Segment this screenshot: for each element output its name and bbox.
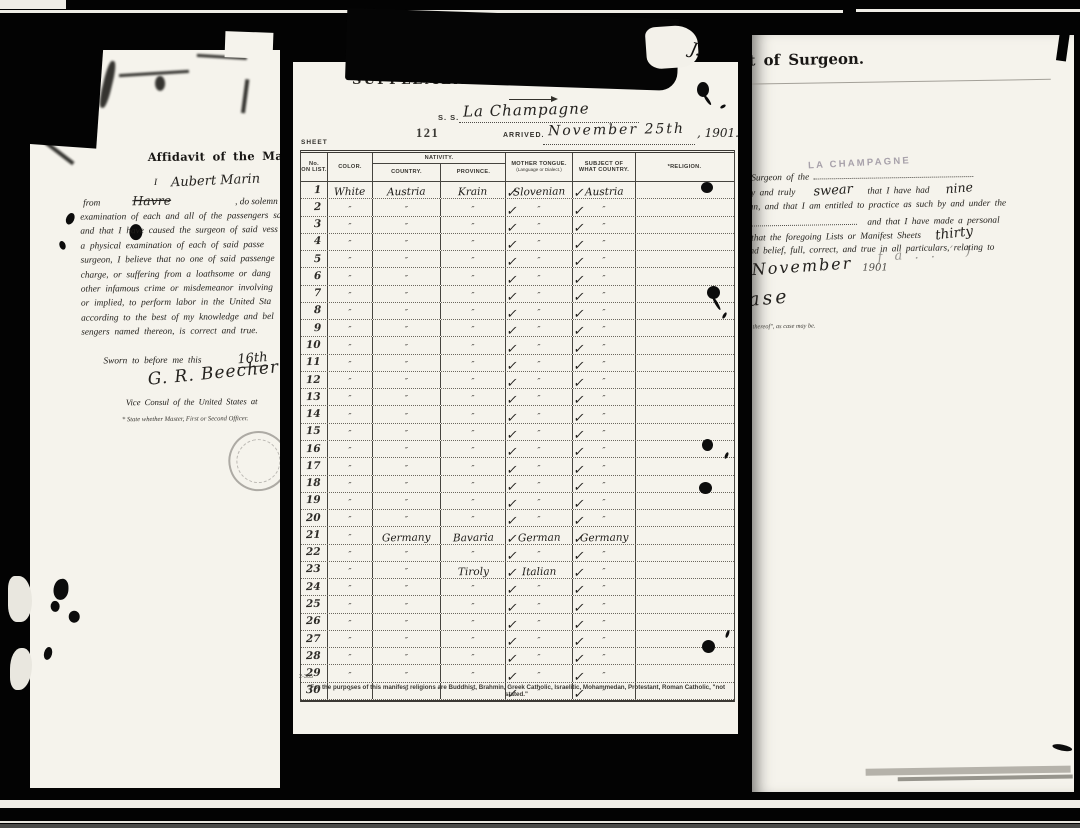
- cell-value: ″: [537, 516, 540, 525]
- manifest-row: 28″″″✓″✓″: [301, 648, 734, 665]
- cell-religion: [636, 182, 733, 198]
- cell-mother-tongue: ✓″: [506, 648, 573, 664]
- partial-word-handwriting: ase: [752, 286, 790, 311]
- cell-value: ″: [602, 568, 605, 577]
- cell-province: ″: [441, 199, 506, 215]
- cell-subject-country: ✓″: [573, 665, 636, 681]
- check-mark: ✓: [506, 464, 519, 475]
- cell-subject-country: ✓″: [573, 234, 636, 250]
- cell-subject-country: ✓″: [573, 199, 636, 215]
- cell-country: ″: [373, 303, 441, 319]
- cell-subject-country: ✓″: [573, 320, 636, 336]
- cell-subject-country: ✓″: [573, 510, 636, 526]
- cell-row-number: 26: [301, 614, 328, 630]
- check-mark: ✓: [573, 602, 586, 613]
- crease-mark: [241, 79, 249, 113]
- manifest-row: 13″″″✓″✓″: [301, 389, 734, 406]
- manifest-row: 21″GermanyBavaria✓German✓Germany: [301, 527, 734, 544]
- check-mark: ✓: [506, 619, 519, 630]
- cell-value: ″: [537, 585, 540, 594]
- check-mark: ✓: [506, 205, 519, 216]
- cell-value: ″: [348, 292, 351, 301]
- cell-value: ″: [348, 240, 351, 249]
- header-mother-tongue: MOTHER TONGUE. (Language or Dialect.): [506, 153, 573, 181]
- cell-subject-country: ✓″: [573, 648, 636, 664]
- cell-value: ″: [602, 516, 605, 525]
- scan-artifact-top-corner: [0, 0, 66, 9]
- header-no: No. ON LIST.: [301, 153, 328, 181]
- cell-row-number: 22: [301, 545, 328, 561]
- manifest-row: 26″″″✓″✓″: [301, 614, 734, 631]
- check-mark: ✓: [573, 412, 586, 423]
- cell-value: ″: [405, 257, 408, 266]
- cell-value: ″: [537, 620, 540, 629]
- cell-row-number: 11: [301, 355, 328, 371]
- check-mark: ✓: [506, 274, 519, 285]
- manifest-table-header: No. ON LIST. COLOR. NATIVITY. COUNTRY. P…: [301, 150, 734, 182]
- cell-value: ″: [405, 309, 408, 318]
- cell-province: ″: [441, 372, 506, 388]
- cell-province: Bavaria: [441, 527, 506, 543]
- cell-province: Tiroly: [441, 562, 506, 578]
- cell-value: ″: [537, 430, 540, 439]
- check-mark: ✓: [573, 394, 586, 405]
- cell-value: ″: [471, 516, 474, 525]
- cell-religion: [636, 251, 733, 267]
- check-mark: ✓: [573, 377, 586, 388]
- cell-value: 14: [306, 409, 321, 419]
- cell-province: ″: [441, 320, 506, 336]
- cell-subject-country: ✓″: [573, 406, 636, 422]
- cell-religion: [636, 665, 733, 681]
- affidavit-master-document: Affidavit of the Master or I Aubert Mari…: [30, 50, 280, 788]
- cell-value: Germany: [580, 532, 629, 543]
- cell-country: ″: [373, 355, 441, 371]
- cell-mother-tongue: ✓Slovenian: [506, 182, 573, 198]
- manifest-row: 25″″″✓″✓″: [301, 596, 734, 613]
- cell-province: ″: [441, 406, 506, 422]
- cell-color: ″: [328, 320, 373, 336]
- cell-value: 16: [306, 443, 321, 453]
- cell-value: ″: [348, 516, 351, 525]
- check-mark: ✓: [506, 481, 519, 492]
- arrived-date-rule: [543, 134, 695, 145]
- line2-a: ly and truly: [752, 188, 795, 199]
- date-handwriting: November 1901: [752, 255, 888, 277]
- cell-religion: [636, 217, 733, 233]
- cell-value: 13: [306, 392, 321, 402]
- cell-color: ″: [328, 234, 373, 250]
- cell-religion: [636, 458, 733, 474]
- cell-value: Austria: [585, 187, 624, 198]
- check-mark: ✓: [573, 205, 586, 216]
- cell-color: ″: [328, 579, 373, 595]
- cell-value: ″: [348, 568, 351, 577]
- cell-value: ″: [471, 482, 474, 491]
- check-mark: ✓: [506, 308, 519, 319]
- cell-row-number: 21: [301, 527, 328, 543]
- affidavit-intro-line: I Aubert Marin: [154, 171, 260, 190]
- manifest-row: 9″″″✓″✓″: [301, 320, 734, 337]
- affidavit-body: examination of each and all of the passe…: [80, 208, 280, 340]
- cell-country: ″: [373, 596, 441, 612]
- cell-value: ″: [602, 378, 605, 387]
- cell-mother-tongue: ✓″: [506, 441, 573, 457]
- cell-mother-tongue: ✓″: [506, 286, 573, 302]
- cell-value: ″: [602, 223, 605, 232]
- check-mark: ✓: [506, 550, 519, 561]
- sheet-label: SHEET: [301, 139, 328, 146]
- cell-value: ″: [471, 206, 474, 215]
- cell-row-number: 3: [301, 217, 328, 233]
- check-mark: ✓: [573, 567, 586, 578]
- cell-subject-country: ✓″: [573, 562, 636, 578]
- cell-mother-tongue: ✓″: [506, 493, 573, 509]
- cell-value: ″: [348, 257, 351, 266]
- cell-province: ″: [441, 545, 506, 561]
- cell-value: ″: [405, 206, 408, 215]
- cell-value: ″: [471, 223, 474, 232]
- cell-province: ″: [441, 389, 506, 405]
- header-nativity-label: NATIVITY.: [373, 153, 505, 164]
- cell-province: ″: [441, 268, 506, 284]
- check-mark: ✓: [506, 360, 519, 371]
- affidavit-line: sengers named thereon, is correct and tr…: [81, 323, 280, 340]
- swear-handwriting: swear: [813, 183, 853, 200]
- cell-subject-country: ✓″: [573, 631, 636, 647]
- torn-paper-tab: [225, 31, 274, 59]
- ink-blot: [64, 212, 76, 226]
- affidavit-line: a physical examination of each of said p…: [80, 237, 280, 254]
- manifest-row: 22″″″✓″✓″: [301, 545, 734, 562]
- cell-subject-country: ✓″: [573, 545, 636, 561]
- cell-value: Slovenian: [513, 187, 565, 198]
- cell-color: ″: [328, 510, 373, 526]
- cell-value: 17: [306, 461, 321, 471]
- cell-country: Austria: [373, 182, 441, 198]
- cell-mother-tongue: ✓″: [506, 614, 573, 630]
- cell-value: ″: [602, 654, 605, 663]
- cell-color: ″: [328, 286, 373, 302]
- check-mark: ✓: [506, 429, 519, 440]
- cell-religion: [636, 545, 733, 561]
- cell-value: ″: [405, 326, 408, 335]
- crease-mark: [155, 76, 165, 91]
- cell-row-number: 25: [301, 596, 328, 612]
- cell-value: ″: [471, 620, 474, 629]
- cell-value: ″: [405, 620, 408, 629]
- check-mark: ✓: [573, 429, 586, 440]
- check-mark: ✓: [573, 481, 586, 492]
- cell-value: ″: [602, 395, 605, 404]
- cell-row-number: 13: [301, 389, 328, 405]
- cell-row-number: 24: [301, 579, 328, 595]
- cell-color: ″: [328, 406, 373, 422]
- cell-value: ″: [471, 309, 474, 318]
- cell-color: ″: [328, 614, 373, 630]
- header-country: COUNTRY.: [373, 164, 441, 182]
- check-mark: ✓: [506, 343, 519, 354]
- check-mark: ✓: [573, 446, 586, 457]
- cell-subject-country: ✓″: [573, 217, 636, 233]
- cell-color: ″: [328, 596, 373, 612]
- port-handwriting: Havre: [132, 193, 171, 208]
- manifest-row: 10″″″✓″✓″: [301, 337, 734, 354]
- cell-country: ″: [373, 320, 441, 336]
- cell-country: ″: [373, 510, 441, 526]
- cell-value: ″: [471, 326, 474, 335]
- cell-row-number: 19: [301, 493, 328, 509]
- cell-color: ″: [328, 648, 373, 664]
- from-label: from: [83, 198, 100, 208]
- scan-streak: [898, 775, 1073, 782]
- cell-row-number: 20: [301, 510, 328, 526]
- cell-value: 12: [306, 374, 321, 384]
- cell-subject-country: ✓″: [573, 251, 636, 267]
- cell-value: 25: [306, 599, 321, 609]
- cell-province: ″: [441, 665, 506, 681]
- cell-mother-tongue: ✓″: [506, 337, 573, 353]
- cell-value: ″: [602, 326, 605, 335]
- cell-value: ″: [537, 344, 540, 353]
- check-mark: ✓: [573, 239, 586, 250]
- cell-value: ″: [471, 275, 474, 284]
- manifest-supplement-document: SUPPLEMENT TO MANIFEST S. S. La Champagn…: [293, 62, 738, 734]
- cell-value: ″: [405, 361, 408, 370]
- scan-artifact-bottom-strip: [0, 824, 1080, 828]
- consul-text: Vice Consul of the United States at: [126, 396, 258, 407]
- cell-row-number: 4: [301, 234, 328, 250]
- cell-value: ″: [405, 482, 408, 491]
- cell-province: ″: [441, 614, 506, 630]
- cell-country: ″: [373, 545, 441, 561]
- cell-value: ″: [471, 447, 474, 456]
- cell-value: ″: [537, 206, 540, 215]
- cell-country: ″: [373, 458, 441, 474]
- cell-value: Italian: [522, 567, 557, 578]
- cell-province: ″: [441, 286, 506, 302]
- cell-value: ″: [471, 499, 474, 508]
- form-number: 2-305: [299, 674, 313, 680]
- cell-row-number: 15: [301, 424, 328, 440]
- cell-value: ″: [471, 257, 474, 266]
- redaction-bar: [345, 8, 679, 91]
- cell-value: ″: [405, 275, 408, 284]
- cell-row-number: 28: [301, 648, 328, 664]
- cell-subject-country: ✓″: [573, 303, 636, 319]
- cell-province: ″: [441, 234, 506, 250]
- cell-row-number: 16: [301, 441, 328, 457]
- check-mark: ✓: [506, 567, 519, 578]
- cell-value: ″: [348, 551, 351, 560]
- check-mark: ✓: [573, 291, 586, 302]
- cell-value: 23: [306, 564, 321, 574]
- cell-value: ″: [405, 654, 408, 663]
- religion-footnote: *For the purposes of this manifest relig…: [300, 684, 733, 698]
- cell-value: ″: [537, 395, 540, 404]
- cell-value: ″: [537, 361, 540, 370]
- cell-value: ″: [602, 361, 605, 370]
- check-mark: ✓: [573, 498, 586, 509]
- manifest-row: 20″″″✓″✓″: [301, 510, 734, 527]
- cell-color: ″: [328, 372, 373, 388]
- cell-value: 18: [306, 478, 321, 488]
- cell-value: Austria: [387, 187, 426, 198]
- affidavit-line: examination of each and all of the passe…: [80, 208, 280, 225]
- header-mt-line2: (Language or Dialect.): [516, 167, 561, 174]
- cell-value: ″: [471, 378, 474, 387]
- check-mark: ✓: [573, 343, 586, 354]
- cell-religion: [636, 493, 733, 509]
- cell-value: 26: [306, 616, 321, 626]
- manifest-row: 6″″″✓″✓″: [301, 268, 734, 285]
- cell-value: ″: [348, 603, 351, 612]
- cell-value: ″: [405, 516, 408, 525]
- cell-country: ″: [373, 199, 441, 215]
- header-nativity: NATIVITY. COUNTRY. PROVINCE.: [373, 153, 506, 181]
- cell-religion: [636, 579, 733, 595]
- sworn-label: Sworn to before me this: [103, 356, 201, 367]
- cell-value: ″: [405, 551, 408, 560]
- manifest-row: 29″″″✓″✓″: [301, 665, 734, 682]
- surgeon-content: t of Surgeon. LA CHAMPAGNE Surgeon of th…: [752, 35, 1074, 792]
- cell-province: ″: [441, 476, 506, 492]
- header-no-line2: ON LIST.: [301, 167, 326, 174]
- cell-mother-tongue: ✓″: [506, 458, 573, 474]
- cell-province: Krain: [441, 182, 506, 198]
- cell-country: ″: [373, 234, 441, 250]
- affidavit-title: Affidavit of the Master or: [148, 148, 280, 164]
- cell-value: ″: [348, 585, 351, 594]
- cell-province: ″: [441, 648, 506, 664]
- cell-subject-country: ✓Austria: [573, 182, 636, 198]
- check-mark: ✓: [506, 377, 519, 388]
- cell-value: ″: [602, 499, 605, 508]
- check-mark: ✓: [506, 325, 519, 336]
- cell-value: ″: [405, 395, 408, 404]
- surgeon-footnote: thereof", as case may be.: [753, 323, 816, 331]
- cell-country: ″: [373, 493, 441, 509]
- cell-value: ″: [348, 378, 351, 387]
- cell-value: 1: [314, 185, 321, 195]
- cell-subject-country: ✓″: [573, 493, 636, 509]
- check-mark: ✓: [506, 515, 519, 526]
- arrived-label: ARRIVED.: [503, 132, 544, 139]
- cell-value: White: [334, 187, 366, 198]
- cell-value: ″: [602, 413, 605, 422]
- cell-country: ″: [373, 389, 441, 405]
- cell-religion: [636, 268, 733, 284]
- cell-province: ″: [441, 337, 506, 353]
- cell-color: ″: [328, 562, 373, 578]
- intro-i: I: [154, 178, 157, 188]
- line1-text: Surgeon of the: [752, 173, 809, 184]
- cell-value: ″: [471, 672, 474, 681]
- cell-row-number: 18: [301, 476, 328, 492]
- cell-religion: [636, 510, 733, 526]
- cell-country: ″: [373, 579, 441, 595]
- cell-color: ″: [328, 268, 373, 284]
- cell-subject-country: ✓″: [573, 286, 636, 302]
- header-subject: SUBJECT OF WHAT COUNTRY.: [573, 153, 636, 181]
- cell-value: ″: [348, 344, 351, 353]
- cell-mother-tongue: ✓″: [506, 217, 573, 233]
- cell-value: 21: [306, 530, 321, 540]
- cell-mother-tongue: ✓″: [506, 251, 573, 267]
- cell-value: ″: [348, 534, 351, 543]
- cell-value: 7: [314, 288, 321, 298]
- cell-color: ″: [328, 458, 373, 474]
- cell-subject-country: ✓″: [573, 268, 636, 284]
- manifest-row: 23″″Tiroly✓Italian✓″: [301, 562, 734, 579]
- affidavit-line: charge, or suffering from a loathsome or…: [81, 266, 280, 283]
- affidavit-from-line: from Havre , do solemn: [83, 191, 278, 211]
- check-mark: ✓: [573, 550, 586, 561]
- cell-row-number: 2: [301, 199, 328, 215]
- cell-value: 24: [306, 582, 321, 592]
- cell-value: ″: [537, 447, 540, 456]
- cell-value: ″: [602, 447, 605, 456]
- cell-province: ″: [441, 596, 506, 612]
- cell-value: ″: [602, 257, 605, 266]
- scan-artifact-bottom-band: [0, 800, 1080, 808]
- ink-blot: [58, 240, 67, 251]
- check-mark: ✓: [506, 239, 519, 250]
- cell-religion: [636, 372, 733, 388]
- cell-value: ″: [537, 257, 540, 266]
- cell-mother-tongue: ✓″: [506, 372, 573, 388]
- cell-value: ″: [602, 585, 605, 594]
- cell-value: ″: [602, 309, 605, 318]
- cell-value: ″: [405, 413, 408, 422]
- cell-color: ″: [328, 251, 373, 267]
- year-handwriting: 1901: [862, 262, 888, 273]
- affidavit-line: or implied, to perform labor in the Unit…: [81, 294, 280, 311]
- cell-value: ″: [537, 465, 540, 474]
- cell-subject-country: ✓″: [573, 337, 636, 353]
- cell-value: ″: [348, 499, 351, 508]
- cell-subject-country: ✓″: [573, 614, 636, 630]
- affidavit-footnote: * State whether Master, First or Second …: [122, 415, 248, 423]
- cell-row-number: 14: [301, 406, 328, 422]
- cell-subject-country: ✓″: [573, 476, 636, 492]
- cell-province: ″: [441, 458, 506, 474]
- cell-country: ″: [373, 631, 441, 647]
- torn-edge-fragment: [8, 576, 32, 622]
- ink-blot: [53, 579, 68, 600]
- cell-province: ″: [441, 424, 506, 440]
- ss-label: S. S.: [438, 113, 459, 122]
- cell-country: ″: [373, 665, 441, 681]
- cell-value: ″: [405, 292, 408, 301]
- cell-value: 19: [306, 495, 321, 505]
- cell-value: ″: [537, 275, 540, 284]
- cell-religion: [636, 562, 733, 578]
- header-province: PROVINCE.: [441, 164, 506, 182]
- cell-color: ″: [328, 493, 373, 509]
- ink-blot: [702, 640, 715, 653]
- cell-value: ″: [537, 413, 540, 422]
- ink-blot: [702, 439, 713, 451]
- cell-value: ″: [537, 499, 540, 508]
- cell-value: ″: [405, 603, 408, 612]
- cell-province: ″: [441, 217, 506, 233]
- cell-country: ″: [373, 286, 441, 302]
- crease-mark: [119, 70, 189, 77]
- check-mark: ✓: [506, 256, 519, 267]
- cell-value: ″: [348, 637, 351, 646]
- cell-value: ″: [405, 672, 408, 681]
